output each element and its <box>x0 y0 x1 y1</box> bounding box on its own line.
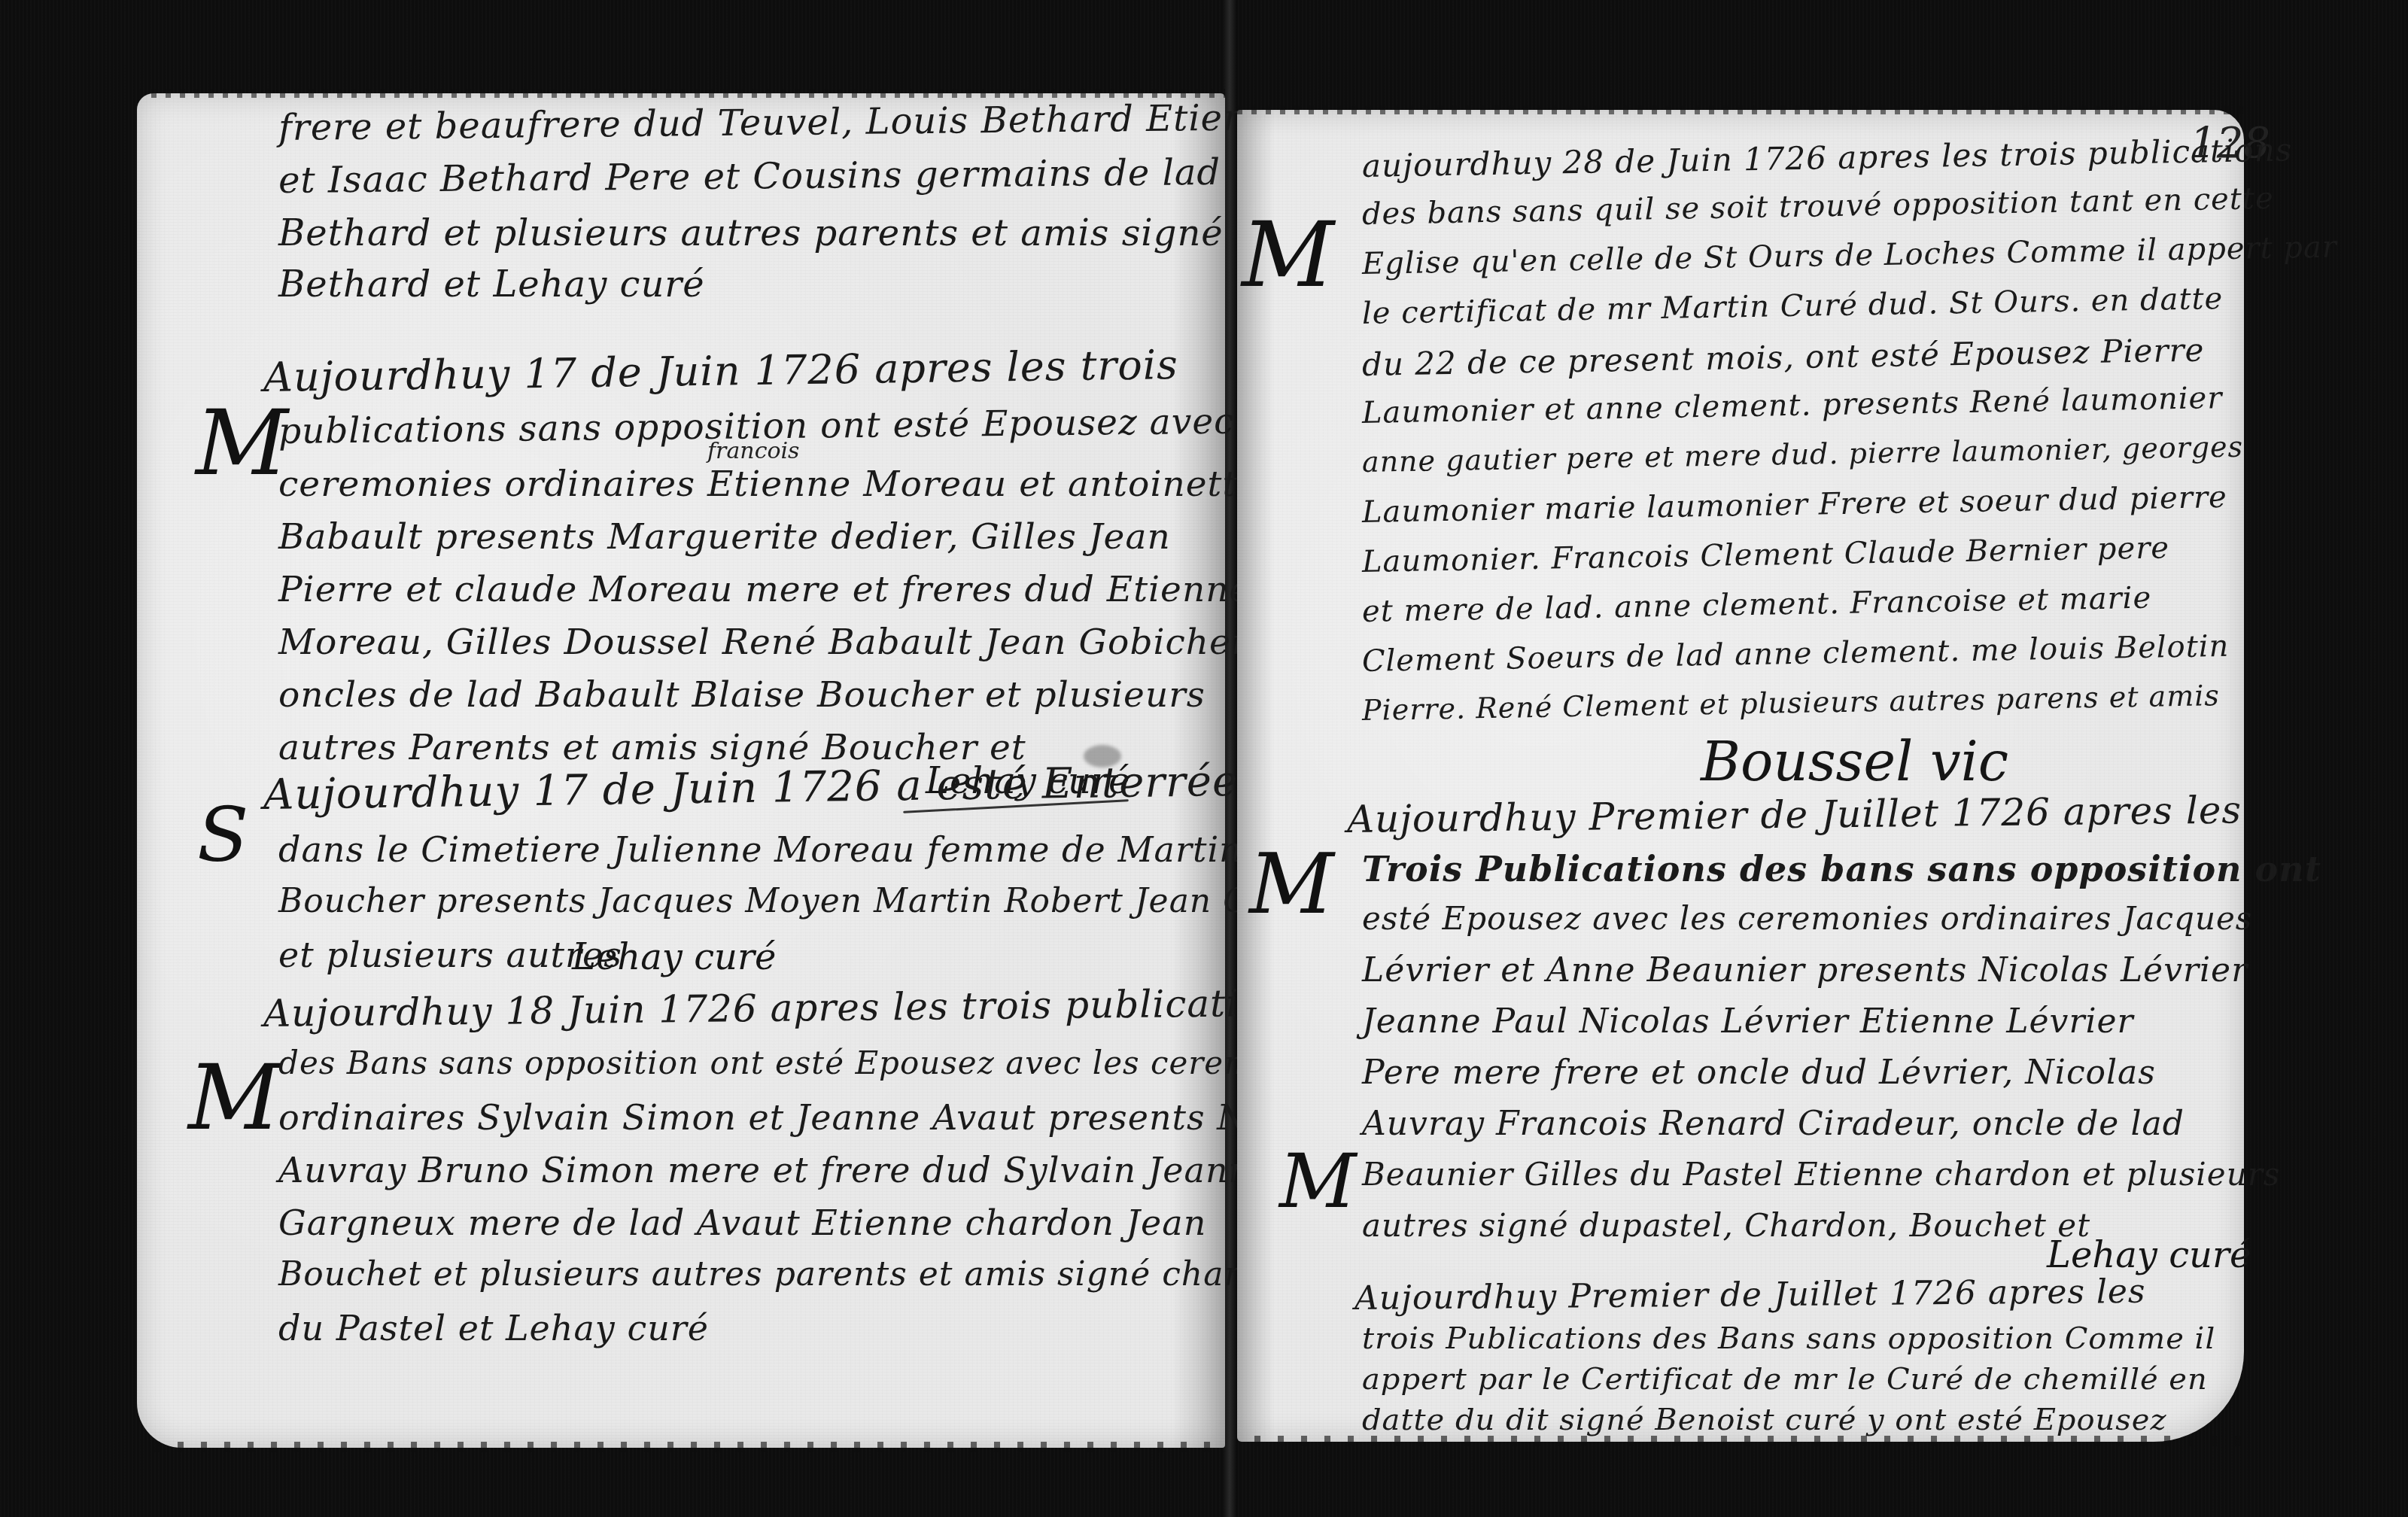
interlinear-insertion: francois <box>707 438 800 464</box>
text-line: autres signé dupastel, Chardon, Bouchet … <box>1362 1207 2090 1244</box>
text-line: des Bans sans opposition ont esté Epouse… <box>278 1044 1342 1081</box>
text-line: Moreau, Gilles Doussel René Babault Jean… <box>278 622 1248 663</box>
text-line: Trois Publications des bans sans opposit… <box>1362 849 2321 889</box>
text-line: et plusieurs autres <box>278 935 622 975</box>
text-line: Bouchet et plusieurs autres parents et a… <box>278 1255 1305 1294</box>
torn-edge-top <box>137 89 1225 98</box>
torn-edge-top <box>1237 105 2244 114</box>
entry-heading-line: Aujourdhuy Premier de Juillet 1726 apres… <box>1354 1272 2146 1318</box>
text-line: et Isaac Bethard Pere et Cousins germain… <box>278 151 1221 202</box>
signature-curate: Lehay curé <box>2047 1234 2251 1276</box>
text-line: du Pastel et Lehay curé <box>278 1308 709 1348</box>
text-line: dans le Cimetiere Julienne Moreau femme … <box>278 829 1242 870</box>
text-line: Gargneux mere de lad Avaut Etienne chard… <box>278 1202 1206 1243</box>
text-line: oncles de lad Babault Blaise Boucher et … <box>278 674 1206 716</box>
text-line: Boucher presents Jacques Moyen Martin Ro… <box>278 882 1394 920</box>
text-line: Jeanne Paul Nicolas Lévrier Etienne Lévr… <box>1362 1002 2134 1041</box>
margin-mark-marriage: M <box>1279 1144 1356 1219</box>
text-line: Pierre et claude Moreau mere et freres d… <box>278 569 1251 610</box>
text-line: Bethard et plusieurs autres parents et a… <box>278 212 1272 254</box>
text-line: esté Epousez avec les ceremonies ordinai… <box>1362 900 2252 937</box>
text-line: ceremonies ordinaires Etienne Moreau et … <box>278 464 1259 505</box>
margin-mark-marriage: M <box>1249 843 1334 926</box>
text-line: datte du dit signé Benoist curé y ont es… <box>1362 1403 2167 1437</box>
text-line: Babault presents Marguerite dedier, Gill… <box>278 516 1171 558</box>
text-line: ordinaires Sylvain Simon et Jeanne Avaut… <box>278 1097 1336 1138</box>
torn-edge-bottom <box>1237 1436 2244 1446</box>
signature-vicar: Boussel vic <box>1701 730 2008 793</box>
margin-mark-marriage: M <box>1242 211 1334 301</box>
margin-mark-burial: S <box>197 798 249 873</box>
text-line: Pere mere frere et oncle dud Lévrier, Ni… <box>1362 1053 2156 1092</box>
margin-mark-marriage: M <box>196 399 288 489</box>
text-line: Bethard et Lehay curé <box>278 263 705 306</box>
text-line: Auvray Bruno Simon mere et frere dud Syl… <box>278 1150 1272 1190</box>
text-line: trois Publications des Bans sans opposit… <box>1362 1321 2215 1356</box>
text-line: appert par le Certificat de mr le Curé d… <box>1362 1362 2208 1397</box>
torn-edge-bottom <box>137 1442 1225 1452</box>
signature-curate: Lehay curé <box>572 936 776 978</box>
text-line: Auvray Francois Renard Ciradeur, oncle d… <box>1362 1105 2185 1143</box>
text-line: Lévrier et Anne Beaunier presents Nicola… <box>1362 951 2248 990</box>
text-line: Beaunier Gilles du Pastel Etienne chardo… <box>1362 1156 2280 1193</box>
margin-mark-marriage: M <box>188 1053 281 1144</box>
